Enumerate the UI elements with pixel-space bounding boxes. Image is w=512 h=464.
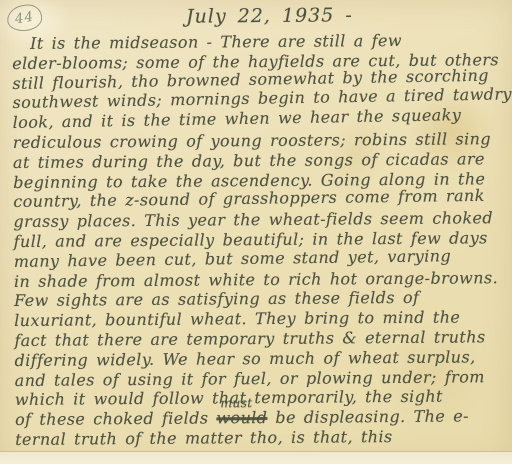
struck-word: would bbox=[216, 408, 267, 427]
edit-after-text: be displeasing. The e- bbox=[267, 407, 469, 428]
handwritten-line-edited: of these choked fields mustwould be disp… bbox=[15, 406, 512, 430]
edit-before-text: of these choked fields bbox=[15, 409, 217, 430]
inserted-word: must bbox=[220, 397, 252, 409]
edit-correction: mustwould bbox=[216, 408, 267, 428]
page-bottom-edge bbox=[0, 451, 512, 464]
date-heading: July 22, 1935 - bbox=[186, 4, 353, 27]
journal-scan-page: 44 July 22, 1935 - It is the midseason -… bbox=[0, 0, 512, 464]
handwritten-line: ternal truth of the matter tho, is that,… bbox=[15, 426, 512, 450]
journal-body: It is the midseason - There are still a … bbox=[12, 30, 512, 450]
page-number-circled: 44 bbox=[5, 2, 44, 33]
